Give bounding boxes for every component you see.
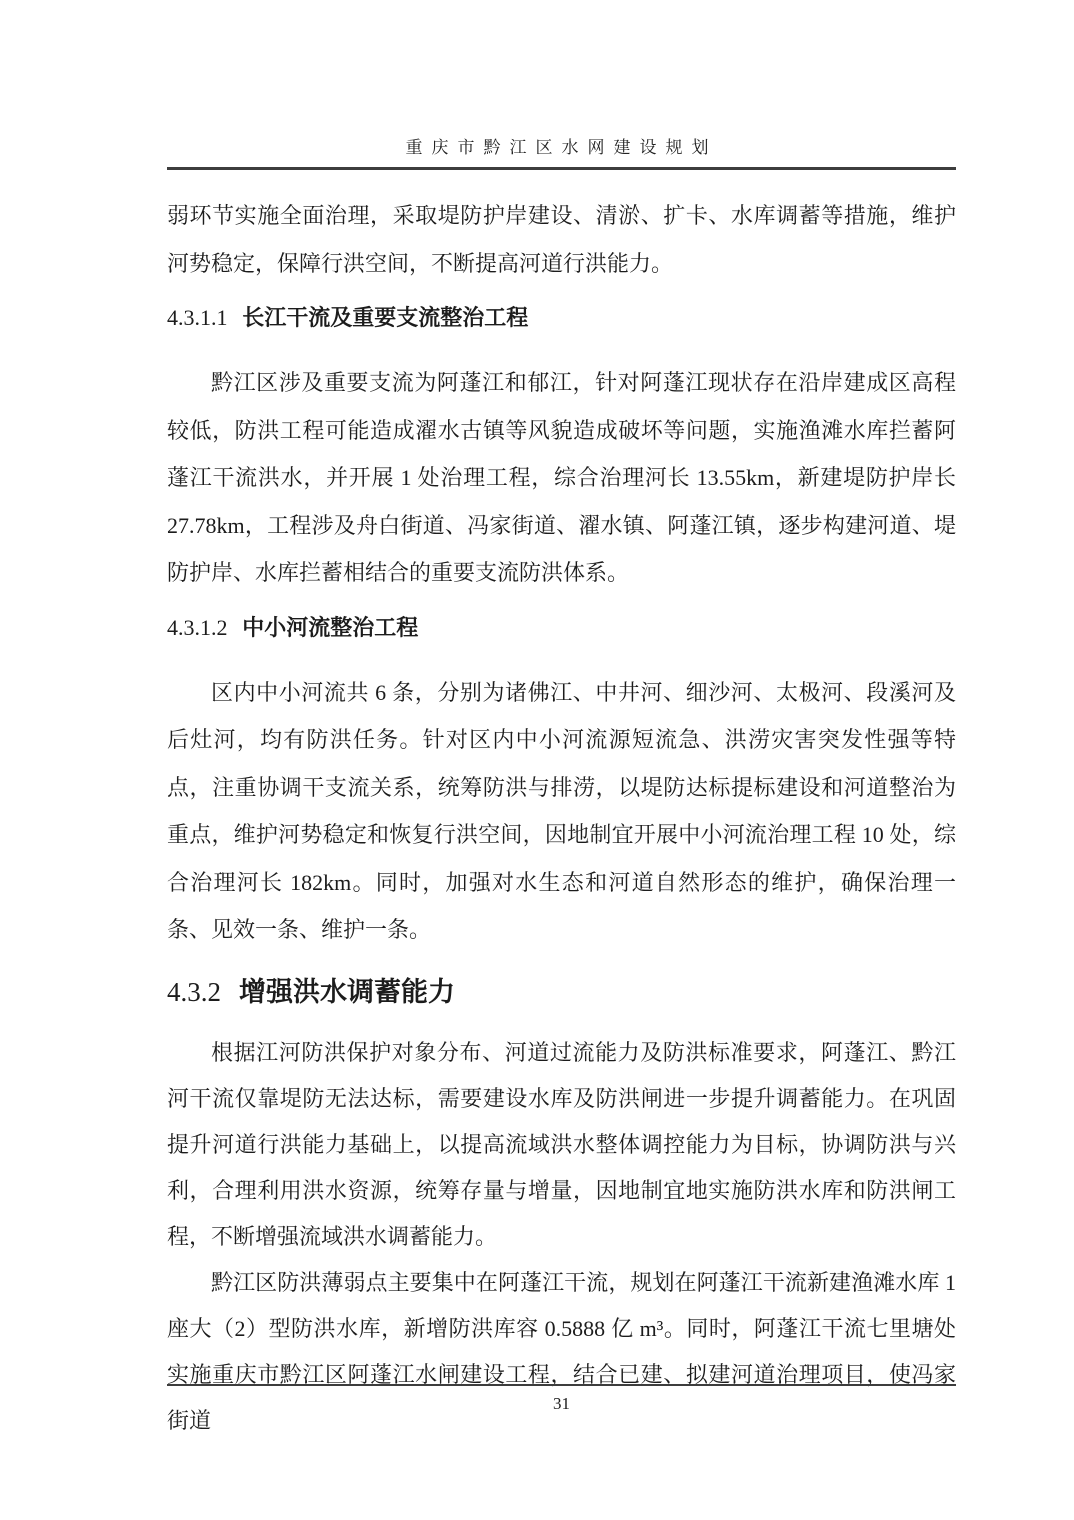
paragraph-4-3-2-first: 根据江河防洪保护对象分布、河道过流能力及防洪标准要求，阿蓬江、黔江河干流仅靠堤防… [167, 1030, 956, 1260]
heading-4-3-1-1: 4.3.1.1 长江干流及重要支流整治工程 [167, 303, 956, 335]
heading-title: 中小河流整治工程 [242, 615, 418, 640]
heading-title: 增强洪水调蓄能力 [239, 977, 455, 1007]
running-header: 重庆市黔江区水网建设规划 [167, 136, 956, 170]
paragraph-4-3-2-second: 黔江区防洪薄弱点主要集中在阿蓬江干流，规划在阿蓬江干流新建渔滩水库 1 座大（2… [167, 1260, 956, 1444]
paragraph-4-3-1-2: 区内中小河流共 6 条，分别为诸佛江、中井河、细沙河、太极河、段溪河及后灶河，均… [167, 669, 956, 954]
document-page: 重庆市黔江区水网建设规划 弱环节实施全面治理，采取堤防护岸建设、清淤、扩卡、水库… [0, 0, 1074, 1520]
page-number: 31 [167, 1394, 956, 1414]
footer-rule [167, 1384, 956, 1386]
paragraph-continuation: 弱环节实施全面治理，采取堤防护岸建设、清淤、扩卡、水库调蓄等措施，维护河势稳定，… [167, 192, 956, 287]
heading-title: 长江干流及重要支流整治工程 [242, 305, 528, 330]
heading-4-3-2: 4.3.2 增强洪水调蓄能力 [167, 974, 956, 1012]
document-body: 弱环节实施全面治理，采取堤防护岸建设、清淤、扩卡、水库调蓄等措施，维护河势稳定，… [167, 192, 956, 1444]
heading-number: 4.3.1.1 [167, 305, 228, 330]
heading-number: 4.3.1.2 [167, 615, 228, 640]
paragraph-4-3-1-1: 黔江区涉及重要支流为阿蓬江和郁江，针对阿蓬江现状存在沿岸建成区高程较低，防洪工程… [167, 359, 956, 597]
document-title: 重庆市黔江区水网建设规划 [167, 136, 956, 160]
page-content-area: 重庆市黔江区水网建设规划 弱环节实施全面治理，采取堤防护岸建设、清淤、扩卡、水库… [0, 0, 1074, 1444]
header-rule [167, 167, 956, 170]
heading-number: 4.3.2 [167, 977, 221, 1007]
heading-4-3-1-2: 4.3.1.2 中小河流整治工程 [167, 613, 956, 645]
